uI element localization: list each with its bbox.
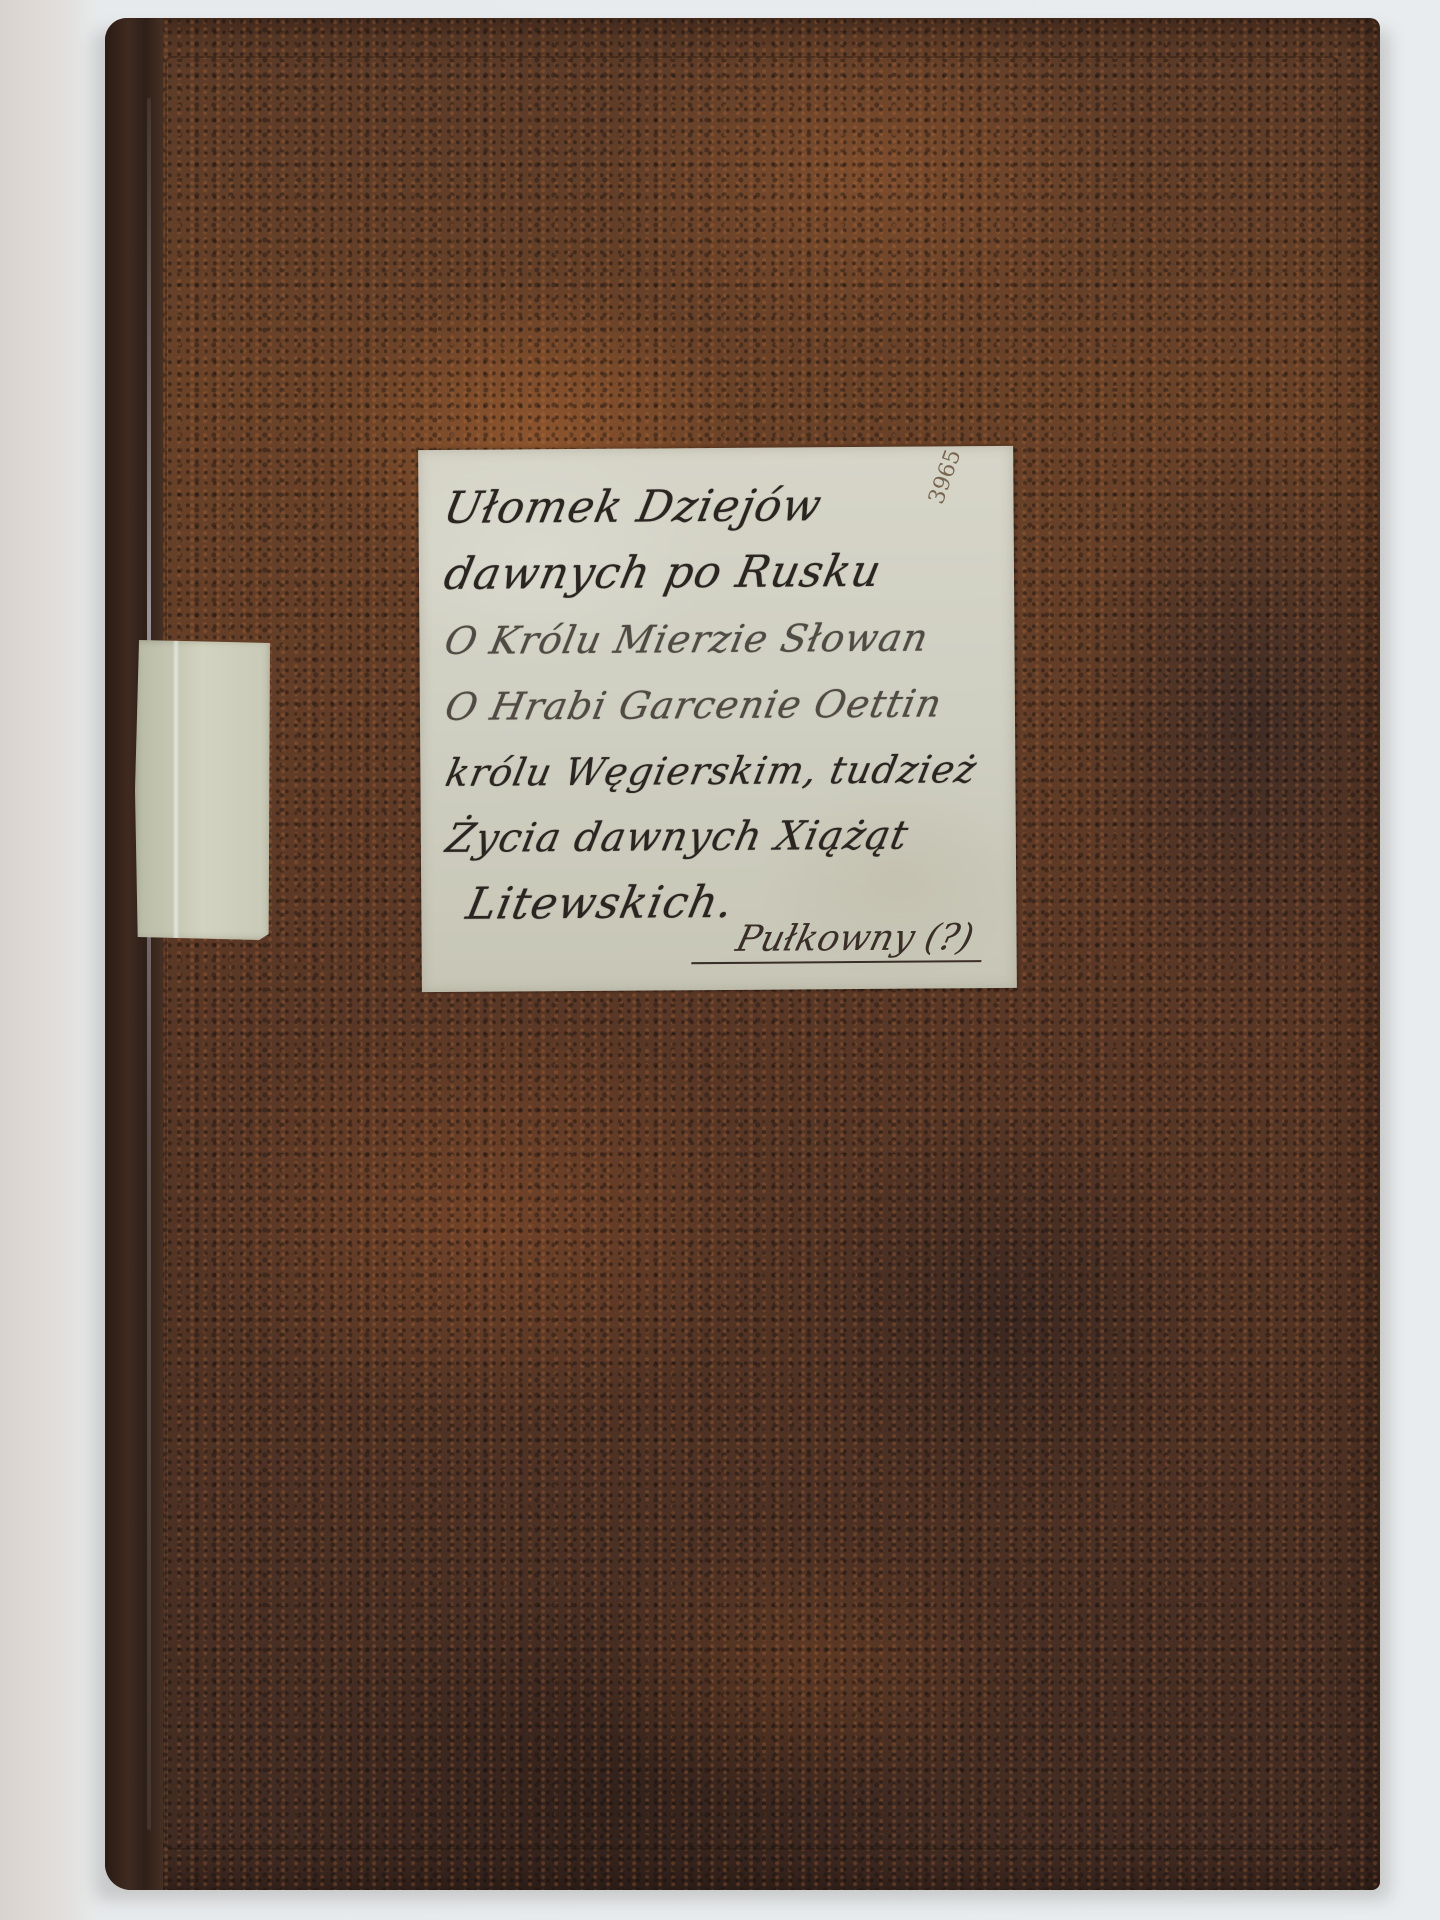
label-line-2: dawnych po Rusku	[438, 538, 999, 608]
label-line-5: królu Węgierskim, tudzież	[440, 736, 1001, 806]
spine-paper-label	[135, 640, 270, 940]
label-signature: Pułkowny (?)	[691, 917, 992, 964]
label-line-1: Ułomek Dziejów	[438, 472, 999, 542]
label-line-3: O Królu Mierzie Słowan	[439, 604, 1000, 674]
book-cover: 3965 Ułomek Dziejów dawnych po Rusku O K…	[105, 18, 1380, 1890]
handwritten-title-label: 3965 Ułomek Dziejów dawnych po Rusku O K…	[418, 446, 1017, 992]
spine-ridge-highlight	[147, 98, 151, 1830]
label-line-6: Życia dawnych Xiążąt	[440, 802, 1001, 872]
label-line-4: O Hrabi Garcenie Oettin	[439, 670, 1000, 740]
book-spine	[105, 18, 163, 1890]
